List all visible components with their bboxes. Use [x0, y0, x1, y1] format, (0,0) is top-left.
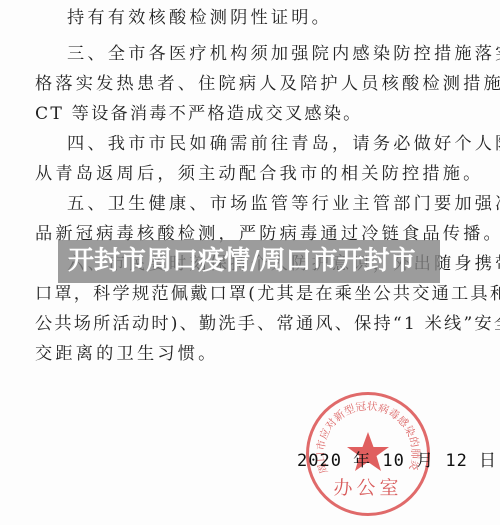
document-line-10: 口罩，科学规范佩戴口罩(尤其是在乘坐公共交通工具和在 — [35, 283, 500, 305]
document-line-7: 五、卫生健康、市场监管等行业主管部门要加强冷链食 — [67, 193, 500, 215]
document-line-1: 持有有效核酸检测阴性证明。 — [67, 7, 332, 29]
document-line-2: 三、全市各医疗机构须加强院内感染防控措施落实，严 — [67, 43, 500, 65]
title-overlay-banner: 开封市周口疫情/周口市开封市 — [58, 240, 440, 283]
document-date: 2020 年 10 月 12 日 — [297, 446, 497, 471]
document-line-4: CT 等设备消毒不严格造成交叉感染。 — [35, 103, 363, 125]
seal-office-text: 办公室 — [309, 473, 427, 500]
document-line-3: 格落实发热患者、住院病人及陪护人员核酸检测措施，严防 — [35, 73, 500, 95]
document-line-6: 从青岛返周后，须主动配合我市的相关防控措施。 — [35, 163, 484, 185]
document-line-11: 公共场所活动时)、勤洗手、常通风、保持“1 米线”安全社 — [35, 313, 500, 335]
document-line-5: 四、我市市民如确需前往青岛，请务必做好个人防护； — [67, 133, 500, 155]
document-page: 持有有效核酸检测阴性证明。 三、全市各医疗机构须加强院内感染防控措施落实，严 格… — [0, 0, 500, 525]
document-line-12: 交距离的卫生习惯。 — [35, 343, 219, 365]
overlay-title: 开封市周口疫情/周口市开封市 — [68, 246, 416, 276]
